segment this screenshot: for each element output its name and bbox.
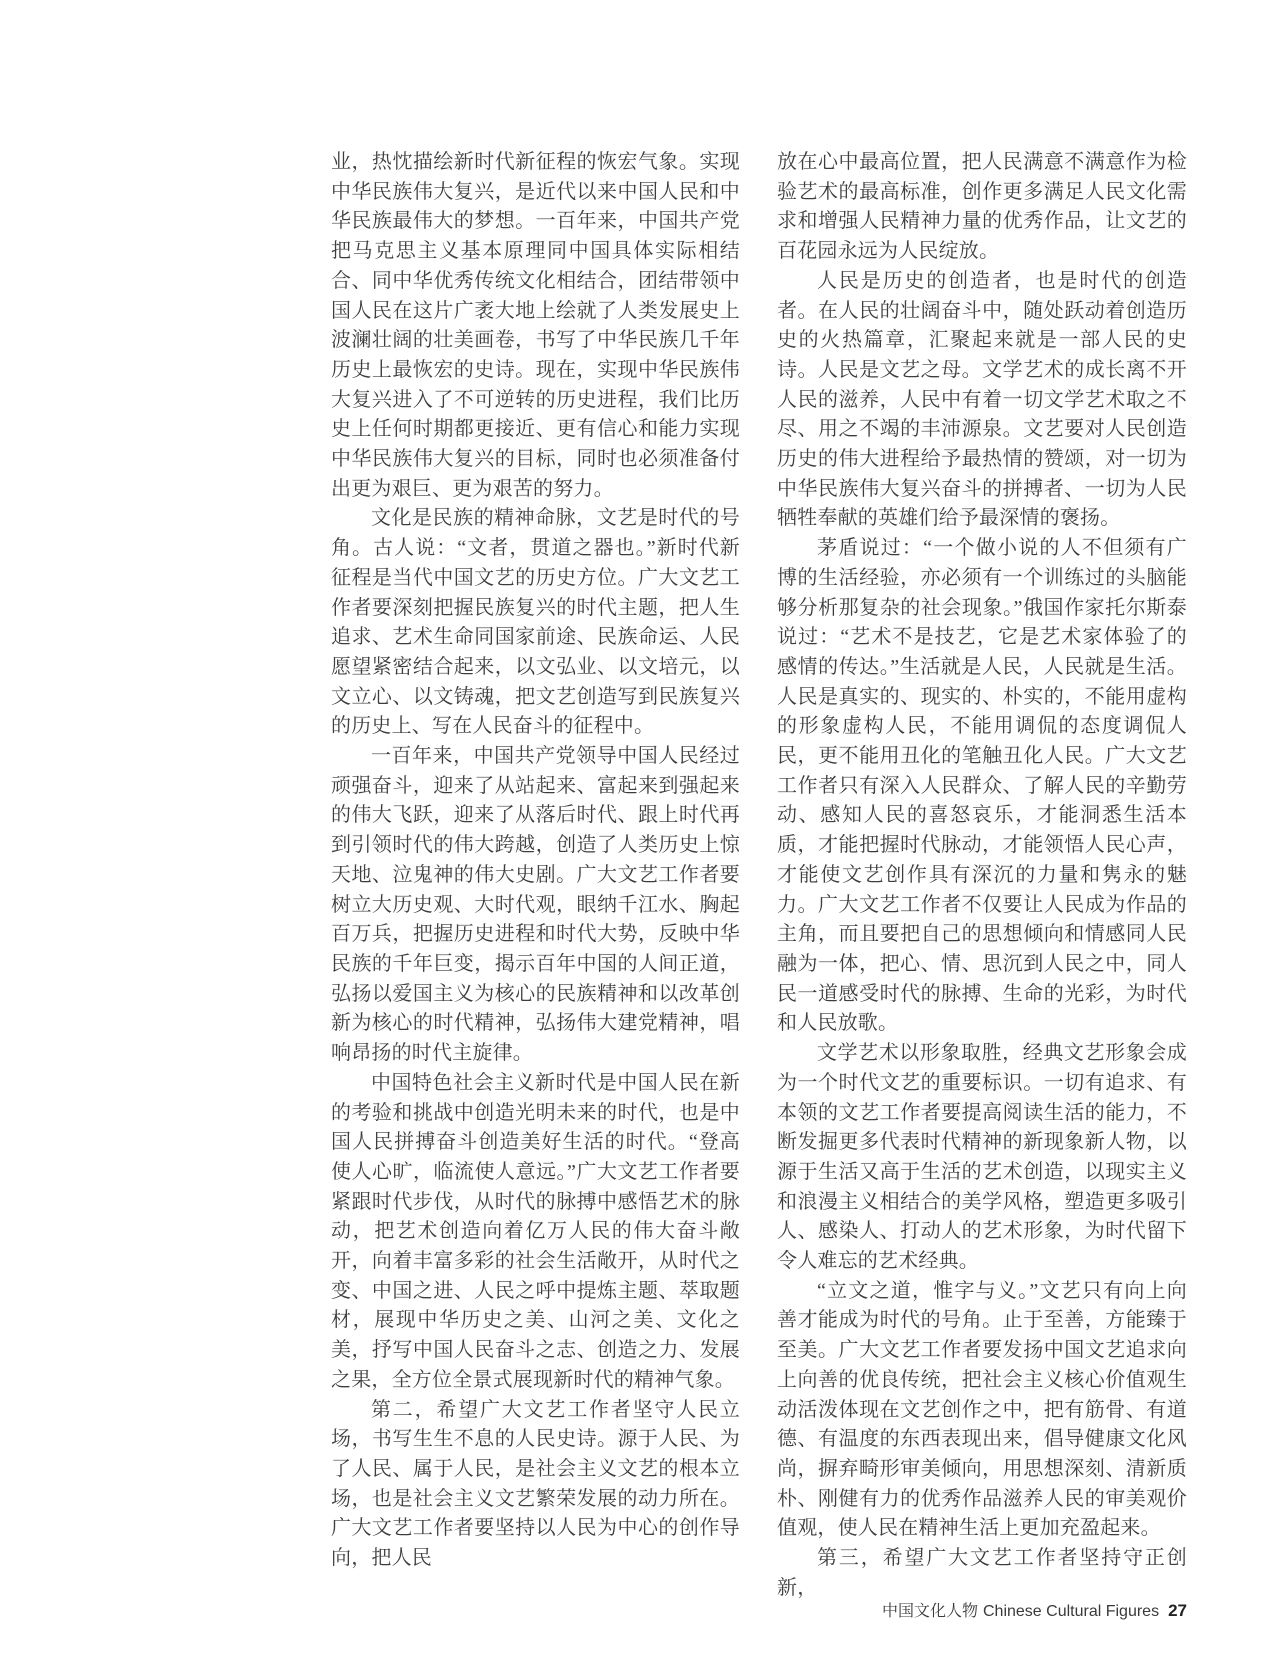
paragraph: 人民是历史的创造者，也是时代的创造者。在人民的壮阔奋斗中，随处跃动着创造历史的火… <box>777 267 1187 534</box>
paragraph: 中国特色社会主义新时代是中国人民在新的考验和挑战中创造光明未来的时代，也是中国人… <box>331 1069 740 1396</box>
paragraph: 一百年来，中国共产党领导中国人民经过顽强奋斗，迎来了从站起来、富起来到强起来的伟… <box>331 742 740 1069</box>
paragraph: 第三，希望广大文艺工作者坚持守正创新， <box>777 1544 1187 1603</box>
magazine-page: 业，热忱描绘新时代新征程的恢宏气象。实现中华民族伟大复兴，是近代以来中国人民和中… <box>0 0 1270 1654</box>
paragraph: 第二，希望广大文艺工作者坚守人民立场，书写生生不息的人民史诗。源于人民、为了人民… <box>331 1396 740 1574</box>
paragraph: 茅盾说过：“一个做小说的人不但须有广博的生活经验，亦必须有一个训练过的头脑能够分… <box>777 534 1187 1039</box>
text-column-left: 业，热忱描绘新时代新征程的恢宏气象。实现中华民族伟大复兴，是近代以来中国人民和中… <box>331 148 740 1574</box>
footer-page-number: 27 <box>1168 1601 1187 1620</box>
paragraph: 业，热忱描绘新时代新征程的恢宏气象。实现中华民族伟大复兴，是近代以来中国人民和中… <box>331 148 740 504</box>
paragraph: “立文之道，惟字与义。”文艺只有向上向善才能成为时代的号角。止于至善，方能臻于至… <box>777 1277 1187 1544</box>
footer-journal-name-en: Chinese Cultural Figures <box>983 1603 1159 1620</box>
paragraph: 文学艺术以形象取胜，经典文艺形象会成为一个时代文艺的重要标识。一切有追求、有本领… <box>777 1039 1187 1277</box>
footer-journal-name-cn: 中国文化人物 <box>882 1603 978 1620</box>
paragraph: 放在心中最高位置，把人民满意不满意作为检验艺术的最高标准，创作更多满足人民文化需… <box>777 148 1187 267</box>
paragraph: 文化是民族的精神命脉，文艺是时代的号角。古人说：“文者，贯道之器也。”新时代新征… <box>331 504 740 742</box>
page-footer: 中国文化人物Chinese Cultural Figures27 <box>882 1598 1187 1621</box>
text-column-right: 放在心中最高位置，把人民满意不满意作为检验艺术的最高标准，创作更多满足人民文化需… <box>777 148 1187 1603</box>
